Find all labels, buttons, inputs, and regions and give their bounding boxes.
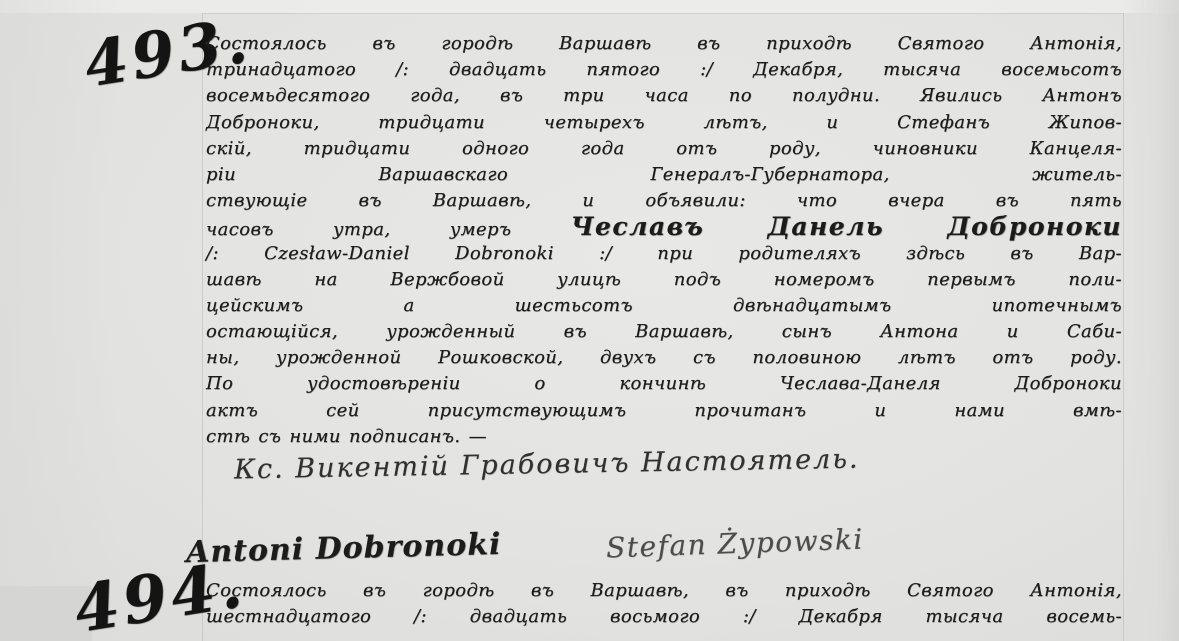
record-493-line-3: восемьдесятого года, въ три часа по полу…	[206, 83, 1122, 109]
death-phrase: часовъ утра, умеръ	[206, 219, 571, 240]
record-493-line-8: часовъ утра, умеръ Чеславъ Данель Доброн…	[206, 214, 1122, 240]
record-493-line-12: остающійся, урожденный въ Варшавѣ, сынъ …	[206, 319, 1122, 345]
record-494-text: Состоялось въ городѣ въ Варшавѣ, въ прих…	[206, 578, 1122, 641]
record-493-line-1: Состоялось въ городѣ Варшавѣ въ приходѣ …	[206, 31, 1122, 57]
witness-signature-stefan-zypowski: Stefan Żypowski	[606, 523, 865, 565]
record-493-line-2: тринадцатого /: двадцать пятого :/ Декаб…	[206, 57, 1122, 83]
record-493-line-4: Доброноки, тридцати четырехъ лѣтъ, и Сте…	[206, 110, 1122, 136]
archival-register-scan: 493. Состоялось въ городѣ Варшавѣ въ при…	[0, 0, 1179, 641]
record-494-line-2: шестнадцатого /: двадцать восьмого :/ Де…	[206, 604, 1122, 630]
record-493-line-14: По удостовѣреніи о кончинѣ Чеслава-Данел…	[206, 371, 1122, 397]
record-493-line-13: ны, урожденной Рошковской, двухъ съ поло…	[206, 345, 1122, 371]
ruled-frame-right-line	[1123, 13, 1124, 641]
deceased-name: Чеславъ Данель Доброноки	[571, 212, 1122, 241]
record-493-line-7: ствующіе въ Варшавѣ, и объявили: что вче…	[206, 188, 1122, 214]
record-493-line-10: шавѣ на Вержбовой улицѣ подъ номеромъ пе…	[206, 267, 1122, 293]
record-493-line-15: актъ сей присутствующимъ прочитанъ и нам…	[206, 398, 1122, 424]
record-493-line-11: цейскимъ а шестьсотъ двѣнадцатымъ ипотеч…	[206, 293, 1122, 319]
record-494-line-1: Состоялось въ городѣ въ Варшавѣ, въ прих…	[206, 578, 1122, 604]
ruled-frame-top-line	[202, 13, 1124, 14]
record-493-text: Состоялось въ городѣ Варшавѣ въ приходѣ …	[206, 31, 1122, 450]
record-493-line-9: /: Czesław-Daniel Dobronoki :/ при родит…	[206, 241, 1122, 267]
record-493-line-6: ріи Варшавскаго Генералъ-Губернатора, жи…	[206, 162, 1122, 188]
right-page-edge-shading	[1123, 0, 1179, 641]
record-493-line-5: скій, тридцати одного года отъ роду, чин…	[206, 136, 1122, 162]
